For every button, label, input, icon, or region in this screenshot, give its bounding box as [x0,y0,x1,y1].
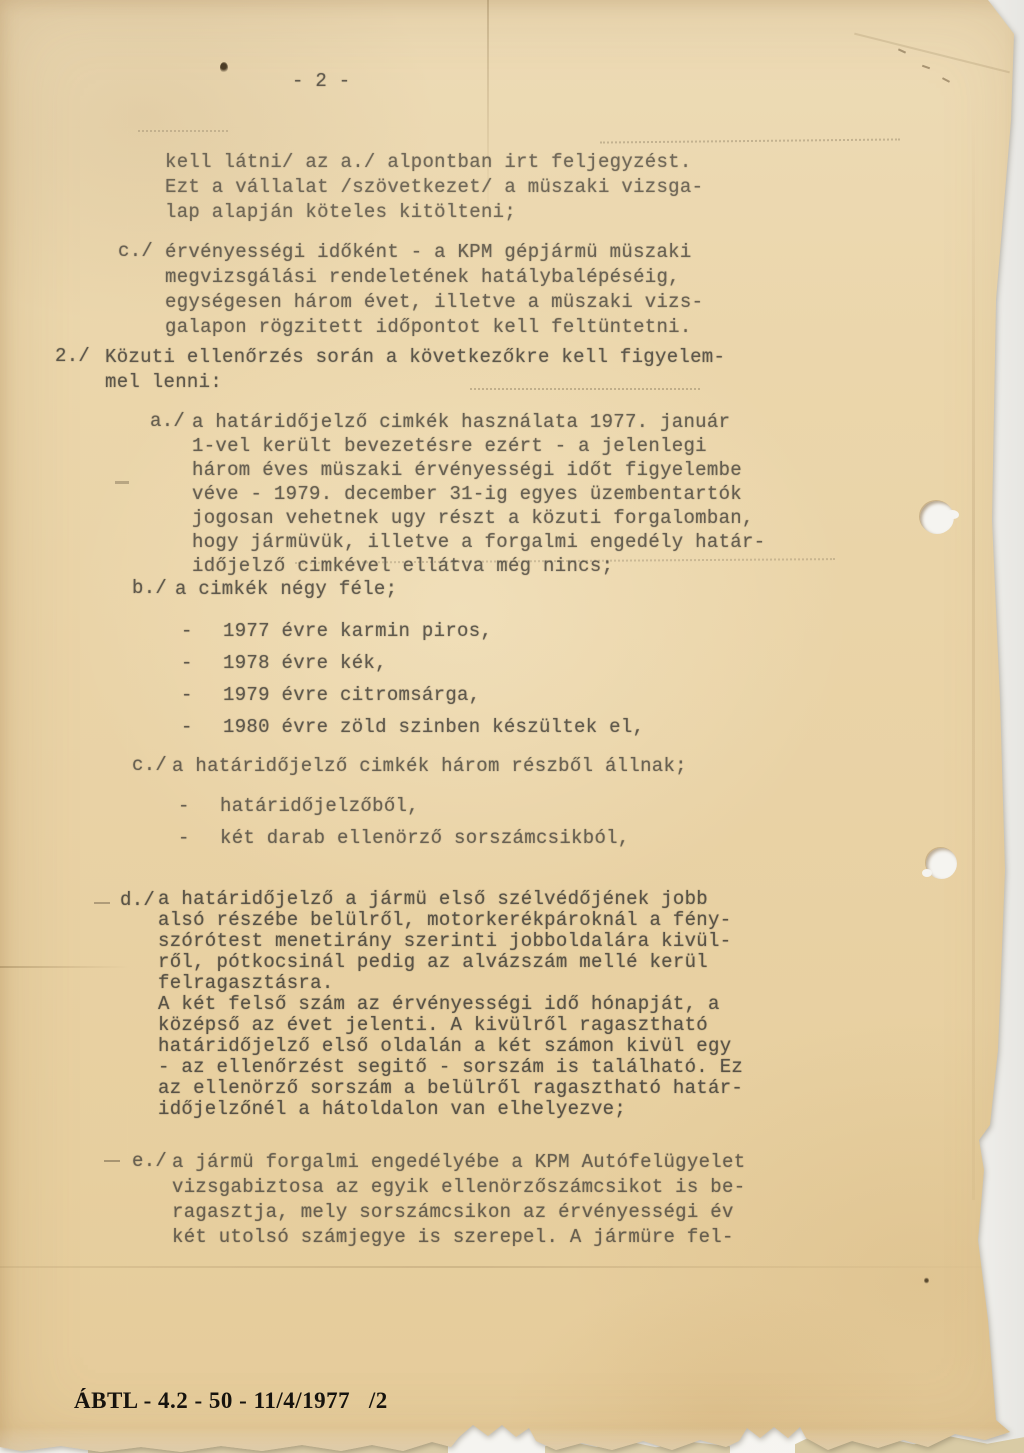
dash-list: -1977 évre karmin piros, -1978 évre kék,… [175,619,644,740]
dash-list: -határidőjelzőből, -két darab ellenörző … [172,794,687,851]
list-item-text: 1978 évre kék, [223,652,387,674]
text-line: egységesen három évet, illetve a müszaki… [165,290,703,315]
text-line: az ellenörző sorszám a belülről ragaszth… [158,1078,743,1099]
subsection-d-label-placement: d./ a határidőjelző a jármü első szélvéd… [158,889,743,1120]
dash-icon: - [175,651,223,676]
text-line: megvizsgálási rendeletének hatálybalépés… [165,265,703,290]
subsection-a-label-usage: a./ a határidőjelző cimkék használata 19… [192,410,765,578]
paper-sheet: - 2 - kell látni/ az a./ alpontban irt f… [0,0,1024,1453]
text-line: a cimkék négy féle; [175,577,644,602]
text-line: két utolsó számjegye is szerepel. A járm… [172,1225,745,1250]
text-line: 1-vel került bevezetésre ezért - a jelen… [192,434,765,458]
text-line: Ezt a vállalat /szövetkezet/ a müszaki v… [165,175,703,200]
list-item: -1979 évre citromsárga, [175,683,644,708]
text-line: vizsgabiztosa az egyik ellenörzőszámcsik… [172,1175,745,1200]
text-line: ről, pótkocsinál pedig az alvázszám mell… [158,952,743,973]
text-line: lap alapján köteles kitölteni; [165,200,703,225]
dash-icon: - [175,715,223,740]
text-line: mel lenni: [105,370,725,395]
section-c-validity-period: c./ érvényességi időként - a KPM gépjárm… [165,240,703,340]
subsection-b-label-colors: b./ a cimkék négy féle; -1977 évre karmi… [175,577,644,747]
list-item: -1978 évre kék, [175,651,644,676]
text-line: időjelzőnél a hátoldalon van elhelyezve; [158,1099,743,1120]
dash-icon: - [175,619,223,644]
section-label: e./ [132,1150,167,1172]
section-2-roadside-inspection: 2./ Közuti ellenőrzés során a következők… [105,345,725,395]
list-item-text: 1977 évre karmin piros, [223,620,492,642]
list-item-text: két darab ellenörző sorszámcsikból, [220,827,630,849]
text-line: szórótest menetirány szerinti jobboldalá… [158,931,743,952]
text-line: galapon rögzitett időpontot kell feltünt… [165,315,703,340]
list-item-text: 1980 évre zöld szinben készültek el, [223,716,644,738]
text-line: határidőjelző első oldalán a két számon … [158,1036,743,1057]
text-line: felragasztásra. [158,973,743,994]
section-label: a./ [150,410,185,432]
punch-hole [920,501,954,534]
text-line: a határidőjelző a jármü első szélvédőjén… [158,889,743,910]
text-line: Közuti ellenőrzés során a következőkre k… [105,345,725,370]
intro-paragraph: kell látni/ az a./ alpontban irt feljegy… [165,150,703,225]
list-item: -1977 évre karmin piros, [175,619,644,644]
text-line: A két felső szám az érvényességi idő hón… [158,994,743,1015]
text-line: jogosan vehetnek ugy részt a közuti forg… [192,506,765,530]
list-item-text: 1979 évre citromsárga, [223,684,480,706]
text-line: - az ellenőrzést segitő - sorszám is tal… [158,1057,743,1078]
dash-icon: - [172,826,220,851]
list-item: -határidőjelzőből, [172,794,687,819]
text-line: a határidőjelző cimkék használata 1977. … [192,410,765,434]
typewritten-text-layer: - 2 - kell látni/ az a./ alpontban irt f… [0,0,1024,1453]
section-label: 2./ [55,345,90,367]
text-line: időjelző cimkével ellátva még nincs; [192,554,765,578]
punch-hole [926,848,957,879]
dash-icon: - [172,794,220,819]
section-label: d./ [120,889,155,911]
paper-sheet-wrap: - 2 - kell látni/ az a./ alpontban irt f… [0,0,1024,1453]
text-line: a határidőjelző cimkék három részből áll… [172,754,687,779]
text-line: kell látni/ az a./ alpontban irt feljegy… [165,150,703,175]
section-label: c./ [132,754,167,776]
text-line: hogy jármüvük, illetve a forgalmi engedé… [192,530,765,554]
dash-icon: - [175,683,223,708]
subsection-e-registration-strip: e./ a jármü forgalmi engedélyébe a KPM A… [172,1150,745,1250]
subsection-c-label-parts: c./ a határidőjelző cimkék három részből… [172,754,687,858]
list-item: -1980 évre zöld szinben készültek el, [175,715,644,740]
text-line: érvényességi időként - a KPM gépjármü mü… [165,240,703,265]
text-line: a jármü forgalmi engedélyébe a KPM Autóf… [172,1150,745,1175]
archive-stamp: ÁBTL - 4.2 - 50 - 11/4/1977 /2 [74,1388,388,1414]
section-label: c./ [118,240,153,262]
page-number: - 2 - [292,70,351,92]
list-item-text: határidőjelzőből, [220,795,419,817]
text-line: alsó részébe belülről, motorkerékpárokná… [158,910,743,931]
text-line: három éves müszaki érvényességi időt fig… [192,458,765,482]
text-line: ragasztja, mely sorszámcsikon az érvénye… [172,1200,745,1225]
text-line: középső az évet jelenti. A kivülről raga… [158,1015,743,1036]
list-item: -két darab ellenörző sorszámcsikból, [172,826,687,851]
scanned-document-page: { "page_number": "- 2 -", "intro_lines":… [0,0,1024,1453]
text-line: véve - 1979. december 31-ig egyes üzembe… [192,482,765,506]
section-label: b./ [132,577,167,599]
